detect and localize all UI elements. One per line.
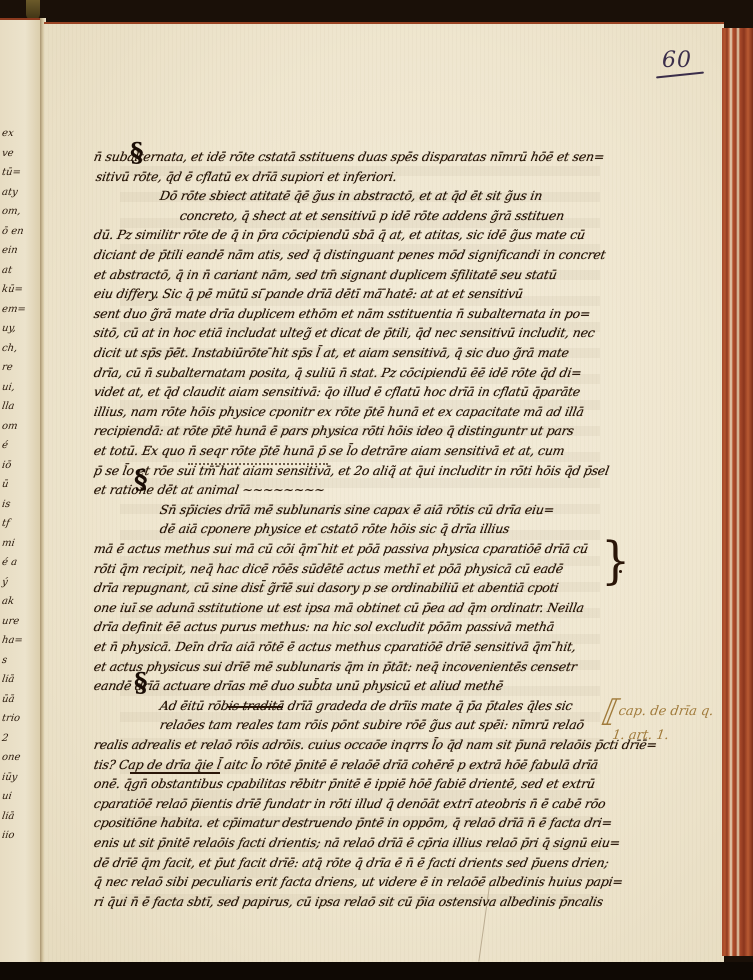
left-page-text-fragment: é [1,440,8,451]
manuscript-line: relaōes tam reales tam rōis pōnt subire … [159,718,585,732]
manuscript-line: dē drīē q̄m facit, et p̄ut facit drīē: a… [93,856,610,870]
bottom-shadow [0,962,753,980]
left-page-text-fragment: em= [1,304,26,315]
margin-reference-note: ⟦cap. de drīa q. 1. art. 1. [597,700,715,748]
left-page-text-fragment: om, [1,206,21,217]
left-page-text-fragment: is [1,499,11,510]
manuscript-line: q̄ nec relaō sibi peculiaris erit facta … [93,875,624,889]
left-page-text-fragment: ure [1,616,20,627]
manuscript-line: rōti q̄m recipit, neq̄ hac dicē rōēs sūd… [93,562,565,576]
left-page-text-fragment: mi [1,538,15,549]
manuscript-line: sent duo g̃rā mate drīa duplicem ethōm e… [93,307,592,321]
left-page-text-fragment: trio [1,713,21,724]
margin-brace-icon: } [601,530,630,589]
left-page-text-fragment: one [1,752,21,763]
manuscript-line: diciant de p̄tili eandē nām atis, sed q̄… [93,248,607,262]
manuscript-line: Ad ēitū rōbis traditā drīā gradeda de dr… [159,699,574,713]
manuscript-line: recipiendā: at rōte p̄tē hunā ē pars phy… [93,424,575,438]
manuscript-line: eiu differy. Sic q̄ pē mūtū si ̄pande dr… [93,287,524,301]
margin-note-line-1: cap. de drīa q. [618,704,715,719]
manuscript-line: ri q̄ui n̄ ē facta sbtī, sed papirus, cū… [93,895,604,909]
margin-note-line-2: 1. art. 1. [597,724,712,748]
reference-underline [130,772,220,774]
manuscript-line: dē aiā cponere physice et cstatō rōte hō… [159,522,511,536]
left-page-text-fragment: ui, [1,382,15,393]
left-page-text-fragment: ū [1,479,9,490]
manuscript-line: sitivū rōte, q̄d ē cflatū ex drīā supior… [95,170,398,184]
left-page-text-fragment: é a [1,557,18,568]
manuscript-line: et actus physicus sui drīē mē sublunaris… [93,660,578,674]
left-page-text-fragment: kū= [1,284,23,295]
left-page-text-fragment: ex [1,128,14,139]
left-page-text-fragment: lla [1,401,15,412]
red-fore-edge [722,28,753,956]
manuscript-line: et ratione dēt at animal ~~~~~~~~ [93,483,326,497]
left-page-edge: exvetū=atyom,ō eneinatkū=em=uy,ch,reui,l… [0,18,42,965]
left-page-text-fragment: ha= [1,635,23,646]
manuscript-line: et abstractō, q̄ in n̄ cariant nām, sed … [93,268,558,282]
left-page-text-fragment: ve [1,148,14,159]
left-page-text-fragment: uy, [1,323,16,334]
manuscript-line: Dō rōte sbiect atitatē q̄ē g̃us in abstr… [159,189,544,203]
manuscript-line: n̄ subalternata, et idē rōte cstatā ssti… [93,150,606,164]
left-page-text-fragment: 2 [1,733,9,744]
manuscript-line: et totū. Ex quo n̄ seqr rōte p̄tē hunā p… [93,444,566,458]
manuscript-line: realis adrealis et relaō rōis adrōis. cu… [93,738,658,752]
left-page-text-fragment: s [1,655,8,666]
manuscript-line: et n̄ physicā. Deīn drīa aiā rōtē ē actu… [93,640,577,654]
manuscript-line: dicit ut sp̄s p̄ēt. Instabiūrōte ̄hit sp… [93,346,570,360]
left-page-text-fragment: at [1,265,13,276]
left-page-text-fragment: ein [1,245,18,256]
line-filler-squiggle [188,455,328,465]
left-page-text-fragment: tf [1,518,10,529]
paragraph-mark-icon: § [130,138,144,168]
term-underline [228,706,283,708]
manuscript-line: concreto, q̄ shect at et sensitivū p idē… [179,209,565,223]
left-page-text-fragment: liā [1,811,15,822]
book-clasp [26,0,40,20]
manuscript-line: mā ē actus methus sui mā cū cōi q̄m ̄hit… [93,542,589,556]
manuscript-line: Sn̄ sp̄icies drīā mē sublunaris sine cap… [159,503,556,517]
left-page-text-fragment: ūā [1,694,15,705]
paragraph-mark-icon: § [134,668,148,698]
manuscript-line: p̄ se l̄o et rōe sui tm̄ ̄hat aiam sensi… [93,464,610,478]
left-page-text-fragment: tū= [1,167,21,178]
left-page-text-fragment: re [1,362,13,373]
left-page-text-fragment: ak [1,596,15,607]
left-page-text-fragment: om [1,421,18,432]
manuscript-line: drīa, cū n̄ subalternatam posita, q̄ sul… [93,366,583,380]
left-page-text-fragment: iō [1,460,12,471]
left-page-text-fragment: iūy [1,772,18,783]
manuscript-line: one iuī se adunā sstitutione ut est ipsa… [93,601,585,615]
manuscript-line: tis? Cap de drīa q̄ie l̄ aitc l̄o rōtē p… [93,758,599,772]
paragraph-mark-icon: § [134,465,148,495]
manuscript-line: drīa repugnant, cū sine dist̄ g̃rīē sui … [93,581,560,595]
left-page-text-fragment: liā [1,674,15,685]
manuscript-line: cpositiōne habita. et cp̄imatur destruen… [93,816,613,830]
book-spread: exvetū=atyom,ō eneinatkū=em=uy,ch,reui,l… [0,0,753,980]
left-page-text-fragment: iio [1,830,15,841]
manuscript-line: cparatiōē relaō p̄ientis drīē fundatr in… [93,797,607,811]
manuscript-line: enis ut sit p̄nitē relaōis facti drienti… [93,836,622,850]
manuscript-line: drīa definit ēē actus purus methus: na h… [93,620,556,634]
left-page-text-fragment: ch, [1,343,18,354]
left-page-text-fragment: ō en [1,226,24,237]
brace-dot [619,570,622,573]
left-page-text-fragment: ui [1,791,12,802]
manuscript-line: sitō, cū at in hoc etiā includat ulteg̃ … [93,326,596,340]
manuscript-line: illius, nam rōte hōis physice cponitr ex… [93,405,585,419]
left-page-text-fragment: aty [1,187,18,198]
manuscript-line: onē. q̄gn̄ obstantibus cpabilitas rēbitr… [93,777,596,791]
manuscript-line: videt at, et q̄d claudit aiam sensitivā:… [93,385,582,399]
left-page-text-fragment: ý [1,577,8,588]
manuscript-line: dū. Pz similitr rōte de q̄ in p̄ra cōcip… [93,228,586,242]
folio-number: 60 [662,48,692,73]
manuscript-line: eandē drīā actuare drīas mē duo sub̄ta u… [93,679,504,693]
